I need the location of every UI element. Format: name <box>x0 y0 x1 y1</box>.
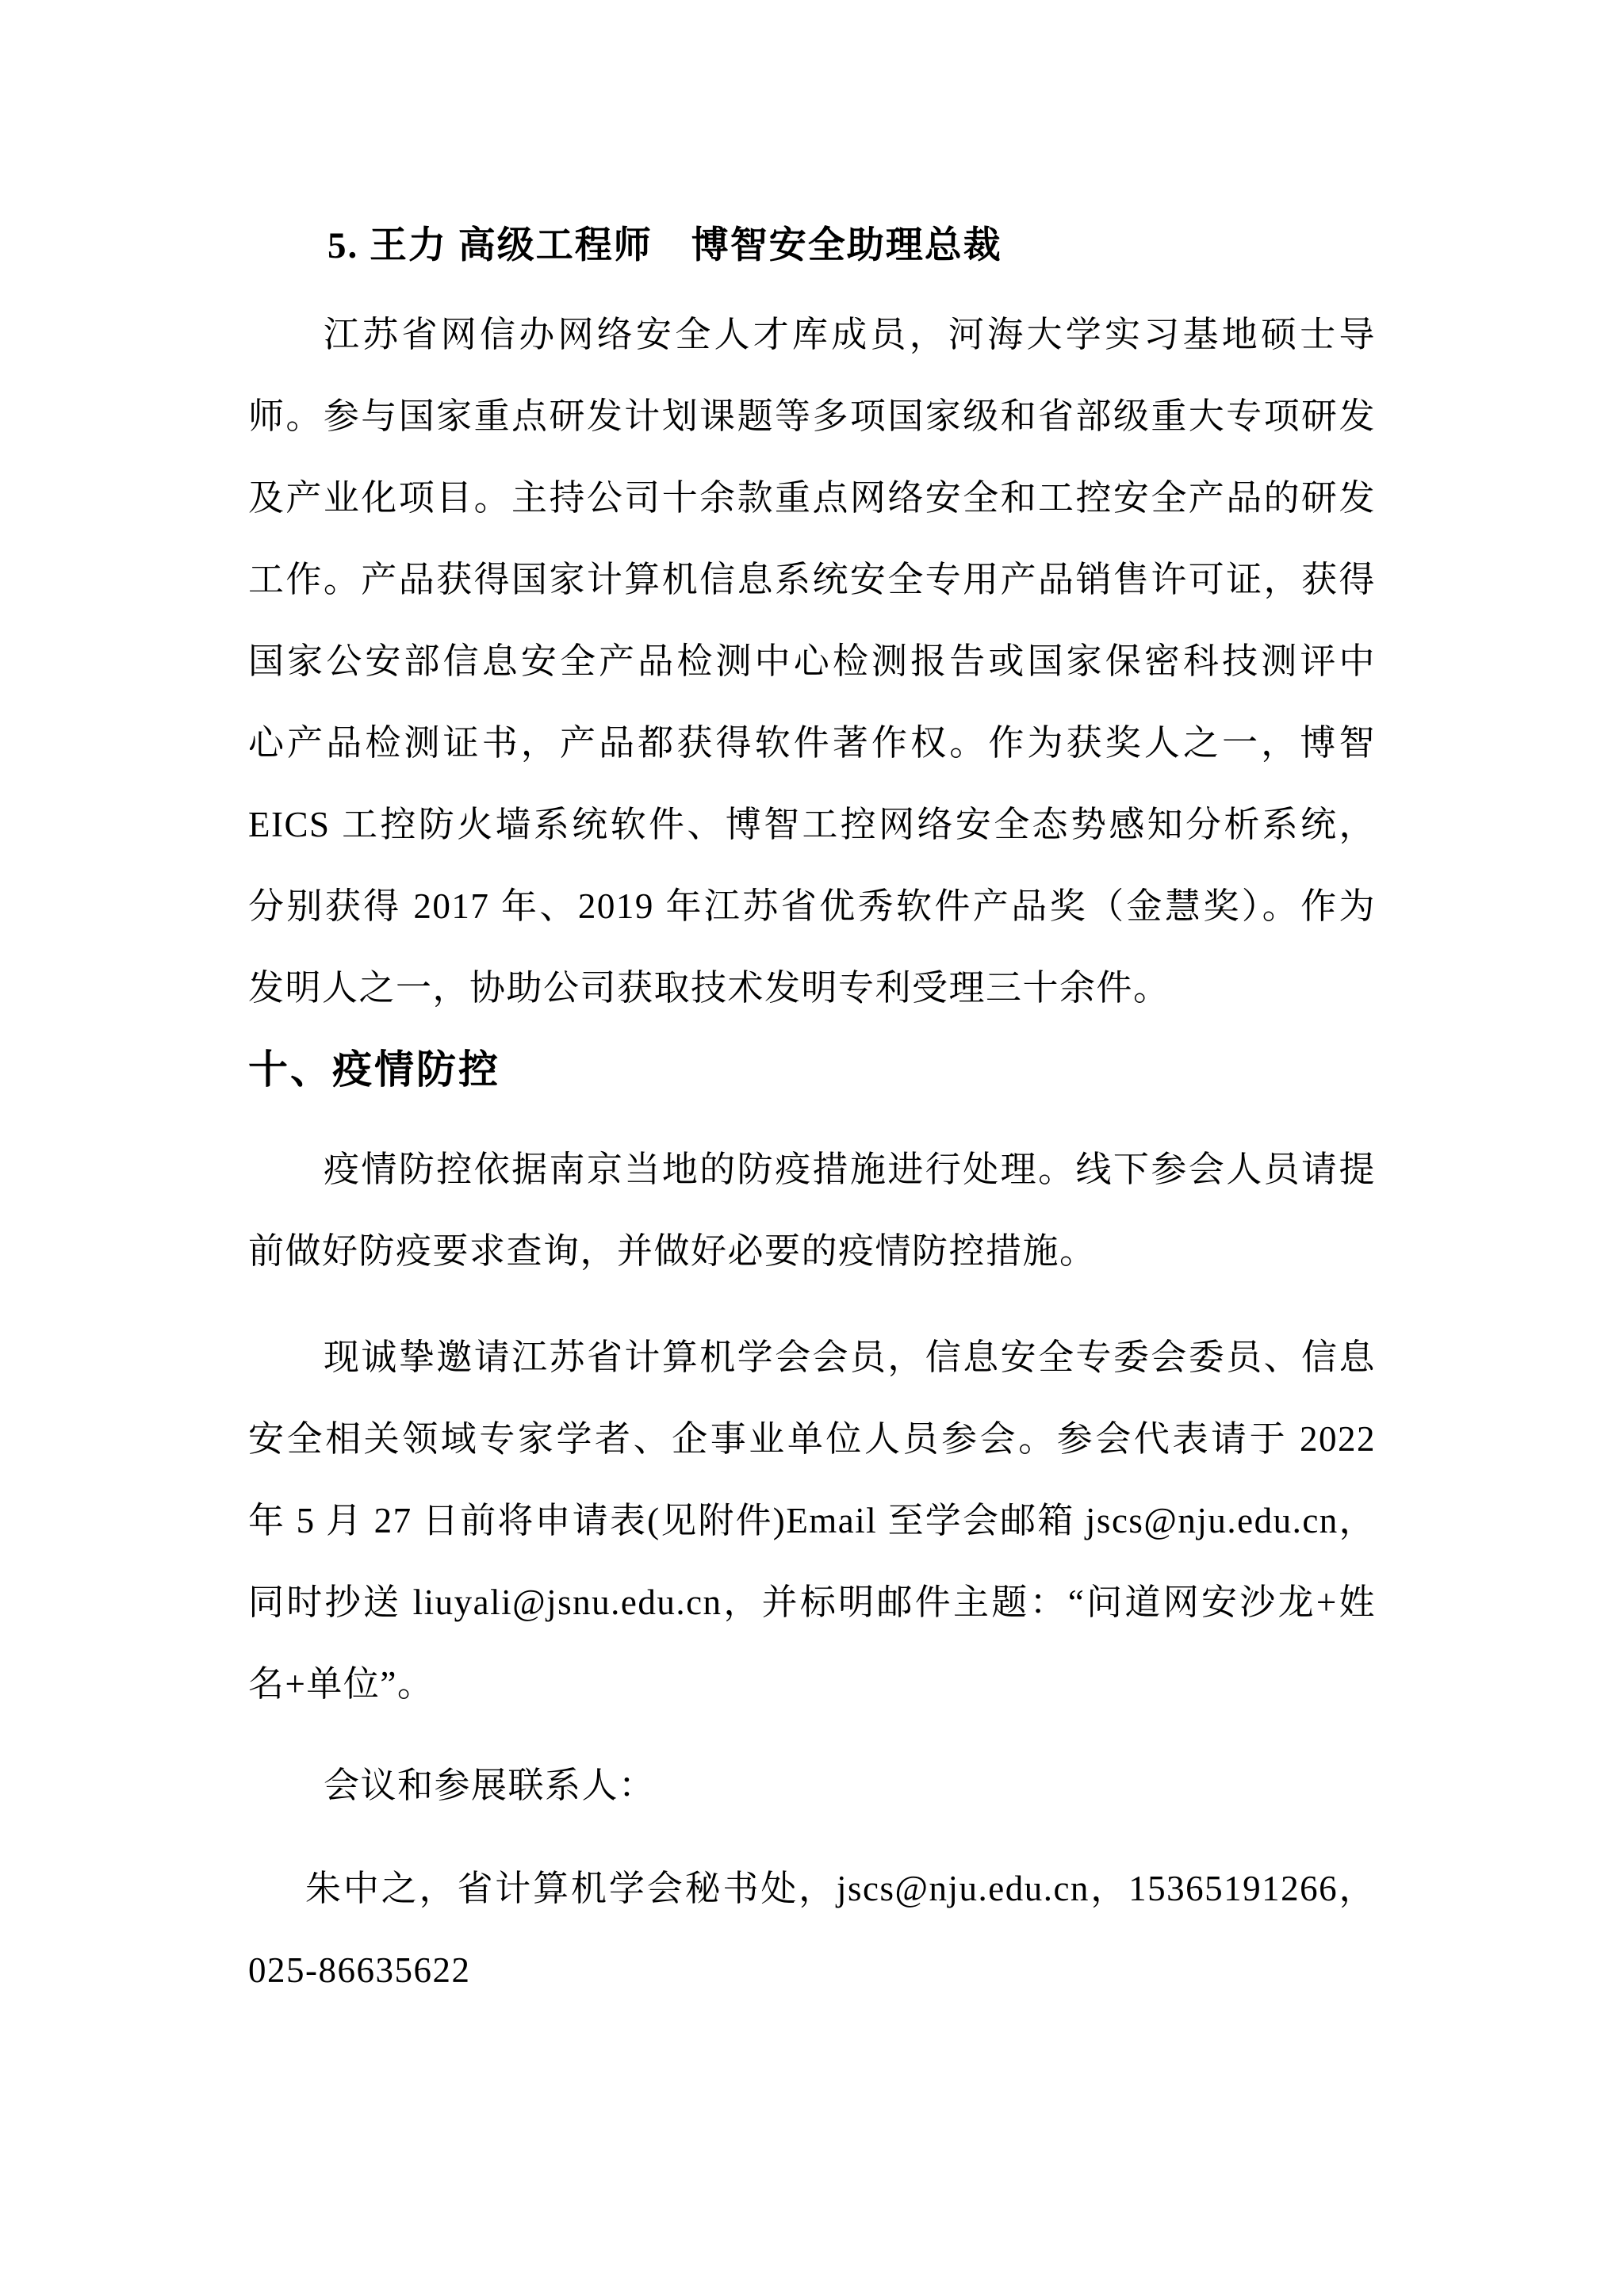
bio-line: 分别获得 2017 年、2019 年江苏省优秀软件产品奖（金慧奖）。作为 <box>248 866 1376 947</box>
bio-line: 江苏省网信办网络安全人才库成员，河海大学实习基地硕士导 <box>248 294 1376 376</box>
contact-line: 025-86635622 <box>248 1930 1376 2011</box>
bio-line: 师。参与国家重点研发计划课题等多项国家级和省部级重大专项研发 <box>248 376 1376 457</box>
bio-line: 国家公安部信息安全产品检测中心检测报告或国家保密科技测评中 <box>248 621 1376 702</box>
bio-line: EICS 工控防火墙系统软件、博智工控网络安全态势感知分析系统， <box>248 784 1376 866</box>
invitation-line: 现诚挚邀请江苏省计算机学会会员，信息安全专委会委员、信息 <box>248 1317 1376 1399</box>
speaker-heading: 5. 王力 高级工程师 博智安全助理总裁 <box>248 205 1376 287</box>
invitation-line: 年 5 月 27 日前将申请表(见附件)Email 至学会邮箱 jscs@nju… <box>248 1480 1376 1562</box>
contact-intro-line: 会议和参展联系人： <box>248 1745 1376 1827</box>
invitation-line: 同时抄送 liuyali@jsnu.edu.cn，并标明邮件主题：“问道网安沙龙… <box>248 1562 1376 1644</box>
document-page: 5. 王力 高级工程师 博智安全助理总裁 江苏省网信办网络安全人才库成员，河海大… <box>0 0 1624 2296</box>
epidemic-line: 前做好防疫要求查询，并做好必要的疫情防控措施。 <box>248 1211 1376 1292</box>
bio-line: 发明人之一，协助公司获取技术发明专利受理三十余件。 <box>248 947 1376 1029</box>
bio-line: 及产业化项目。主持公司十余款重点网络安全和工控安全产品的研发 <box>248 457 1376 539</box>
section-heading-epidemic-control: 十、疫情防控 <box>248 1029 1376 1111</box>
bio-line: 工作。产品获得国家计算机信息系统安全专用产品销售许可证，获得 <box>248 539 1376 621</box>
epidemic-line: 疫情防控依据南京当地的防疫措施进行处理。线下参会人员请提 <box>248 1129 1376 1211</box>
invitation-line: 名+单位”。 <box>248 1644 1376 1725</box>
bio-line: 心产品检测证书，产品都获得软件著作权。作为获奖人之一，博智 <box>248 702 1376 784</box>
invitation-line: 安全相关领域专家学者、企事业单位人员参会。参会代表请于 2022 <box>248 1399 1376 1480</box>
contact-line: 朱中之，省计算机学会秘书处，jscs@nju.edu.cn，1536519126… <box>248 1848 1376 1930</box>
